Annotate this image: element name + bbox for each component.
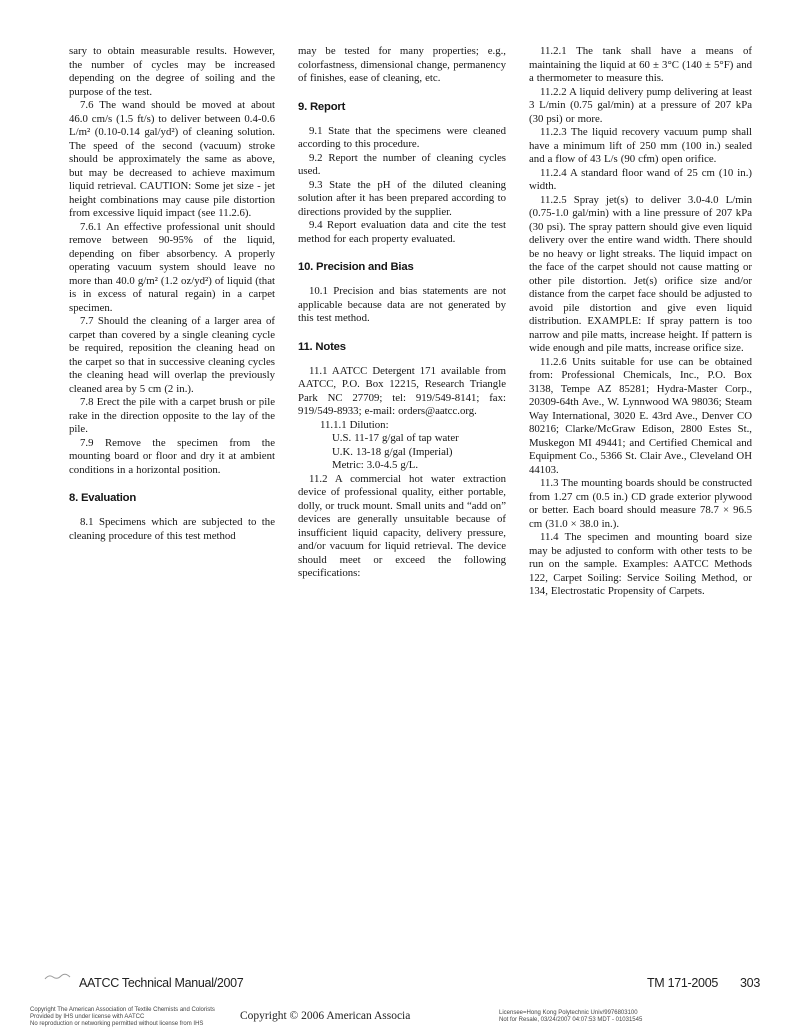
copyright-notice: Copyright © 2006 American Associa	[240, 1010, 410, 1022]
paragraph: 11.3 The mounting boards should be const…	[529, 477, 752, 531]
page-number: 303	[740, 976, 760, 990]
paragraph: 11.1.1 Dilution:	[298, 419, 506, 433]
paragraph: 11.2.3 The liquid recovery vacuum pump s…	[529, 126, 752, 167]
paragraph: 7.8 Erect the pile with a carpet brush o…	[69, 396, 275, 437]
paragraph: 11.4 The specimen and mounting board siz…	[529, 531, 752, 599]
licensee-line-2: Not for Resale, 03/24/2007 04:07:53 MDT …	[499, 1017, 642, 1024]
document-page: sary to obtain measurable results. Howev…	[0, 0, 800, 1036]
doc-number: TM 171-2005	[647, 976, 718, 990]
paragraph: 7.6 The wand should be moved at about 46…	[69, 99, 275, 221]
paragraph: 7.9 Remove the specimen from the mountin…	[69, 437, 275, 478]
text-columns: sary to obtain measurable results. Howev…	[0, 0, 800, 599]
paragraph: 11.1 AATCC Detergent 171 available from …	[298, 365, 506, 419]
section-heading: 9. Report	[298, 101, 506, 114]
paragraph: U.S. 11-17 g/gal of tap water	[298, 432, 506, 446]
footer-manual-title: AATCC Technical Manual/2007	[79, 976, 243, 990]
column-right: 11.2.1 The tank shall have a means of ma…	[529, 45, 752, 599]
paragraph: 11.2.2 A liquid delivery pump delivering…	[529, 86, 752, 127]
paragraph: Metric: 3.0-4.5 g/L.	[298, 459, 506, 473]
paragraph: 7.6.1 An effective professional unit sho…	[69, 221, 275, 316]
paragraph: U.K. 13-18 g/gal (Imperial)	[298, 446, 506, 460]
paragraph: 9.1 State that the specimens were cleane…	[298, 125, 506, 152]
licensee-block: Licensee=Hong Kong Polytechnic Univ/9976…	[499, 1010, 642, 1024]
handwritten-mark	[44, 972, 72, 982]
paragraph: 11.2.4 A standard floor wand of 25 cm (1…	[529, 167, 752, 194]
column-middle: may be tested for many properties; e.g.,…	[298, 45, 506, 599]
section-heading: 11. Notes	[298, 341, 506, 354]
section-heading: 8. Evaluation	[69, 492, 275, 505]
footer-right: TM 171-2005 303	[647, 976, 760, 990]
paragraph: 9.3 State the pH of the diluted cleaning…	[298, 179, 506, 220]
paragraph: may be tested for many properties; e.g.,…	[298, 45, 506, 86]
paragraph: 10.1 Precision and bias statements are n…	[298, 285, 506, 326]
column-left: sary to obtain measurable results. Howev…	[69, 45, 275, 599]
ihs-license-block: Copyright The American Association of Te…	[30, 1007, 215, 1028]
paragraph: 11.2.6 Units suitable for use can be obt…	[529, 356, 752, 478]
paragraph: 9.4 Report evaluation data and cite the …	[298, 219, 506, 246]
section-heading: 10. Precision and Bias	[298, 261, 506, 274]
paragraph: 9.2 Report the number of cleaning cycles…	[298, 152, 506, 179]
licensee-line-1: Licensee=Hong Kong Polytechnic Univ/9976…	[499, 1010, 642, 1017]
paragraph: 11.2.5 Spray jet(s) to deliver 3.0-4.0 L…	[529, 194, 752, 356]
ihs-line-1: Copyright The American Association of Te…	[30, 1007, 215, 1014]
paragraph: 8.1 Specimens which are subjected to the…	[69, 516, 275, 543]
paragraph: 11.2 A commercial hot water extraction d…	[298, 473, 506, 581]
ihs-line-3: No reproduction or networking permitted …	[30, 1021, 215, 1028]
paragraph: sary to obtain measurable results. Howev…	[69, 45, 275, 99]
paragraph: 11.2.1 The tank shall have a means of ma…	[529, 45, 752, 86]
ihs-line-2: Provided by IHS under license with AATCC	[30, 1014, 215, 1021]
paragraph: 7.7 Should the cleaning of a larger area…	[69, 315, 275, 396]
